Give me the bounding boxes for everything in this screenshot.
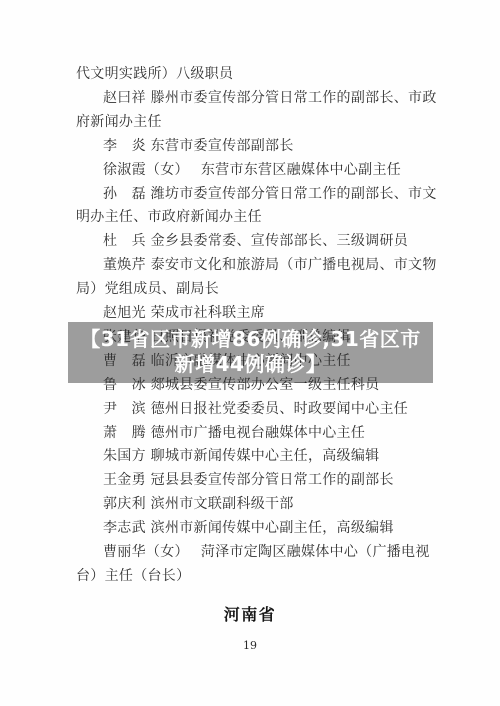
document-text-line: 局）党组成员、副局长: [76, 277, 219, 301]
document-page: 代文明实践所）八级职员赵曰祥 滕州市委宣传部分管日常工作的副部长、市政府新闻办主…: [0, 0, 500, 706]
document-text-line: 杜 兵 金乡县委常委、宣传部部长、三级调研员: [103, 229, 408, 253]
document-text-line: 郭庆利 滨州市文联副科级干部: [103, 492, 294, 516]
watermark-headline-banner: 【31省区市新增86例确诊,31省区市 新增44例确诊】: [68, 322, 433, 383]
document-text-line: 王金勇 冠县县委宣传部分管日常工作的副部长: [103, 468, 394, 492]
document-text-line: 萧 腾 德州市广播电视台融媒体中心主任: [103, 421, 365, 445]
document-text-line: 府新闻办主任: [76, 110, 162, 134]
document-text-line: 赵曰祥 滕州市委宣传部分管日常工作的副部长、市政: [103, 86, 437, 110]
document-text-line: 曹丽华（女） 菏泽市定陶区融媒体中心（广播电视: [103, 540, 430, 564]
page-number: 19: [0, 639, 500, 652]
section-heading-henan: 河南省: [0, 602, 500, 625]
document-text-line: 明办主任、市政府新闻办主任: [76, 205, 262, 229]
document-text-line: 李志武 滨州市新闻传媒中心副主任，高级编辑: [103, 516, 394, 540]
watermark-headline-line1: 【31省区市新增86例确诊,31省区市: [80, 327, 421, 352]
document-text-line: 朱国方 聊城市新闻传媒中心主任，高级编辑: [103, 444, 379, 468]
document-text-line: 董焕芹 泰安市文化和旅游局（市广播电视局、市文物: [103, 253, 437, 277]
document-text-line: 李 炎 东营市委宣传部副部长: [103, 134, 294, 158]
document-text-line: 尹 滨 德州日报社党委委员、时政要闻中心主任: [103, 397, 408, 421]
document-text-line: 孙 磊 潍坊市委宣传部分管日常工作的副部长、市文: [103, 182, 437, 206]
watermark-headline-line2: 新增44例确诊】: [175, 352, 327, 377]
document-text-line: 徐淑霞（女） 东营市东营区融媒体中心副主任: [103, 158, 401, 182]
document-text-line: 台）主任（台长）: [76, 564, 190, 588]
document-text-line: 代文明实践所）八级职员: [76, 62, 233, 86]
